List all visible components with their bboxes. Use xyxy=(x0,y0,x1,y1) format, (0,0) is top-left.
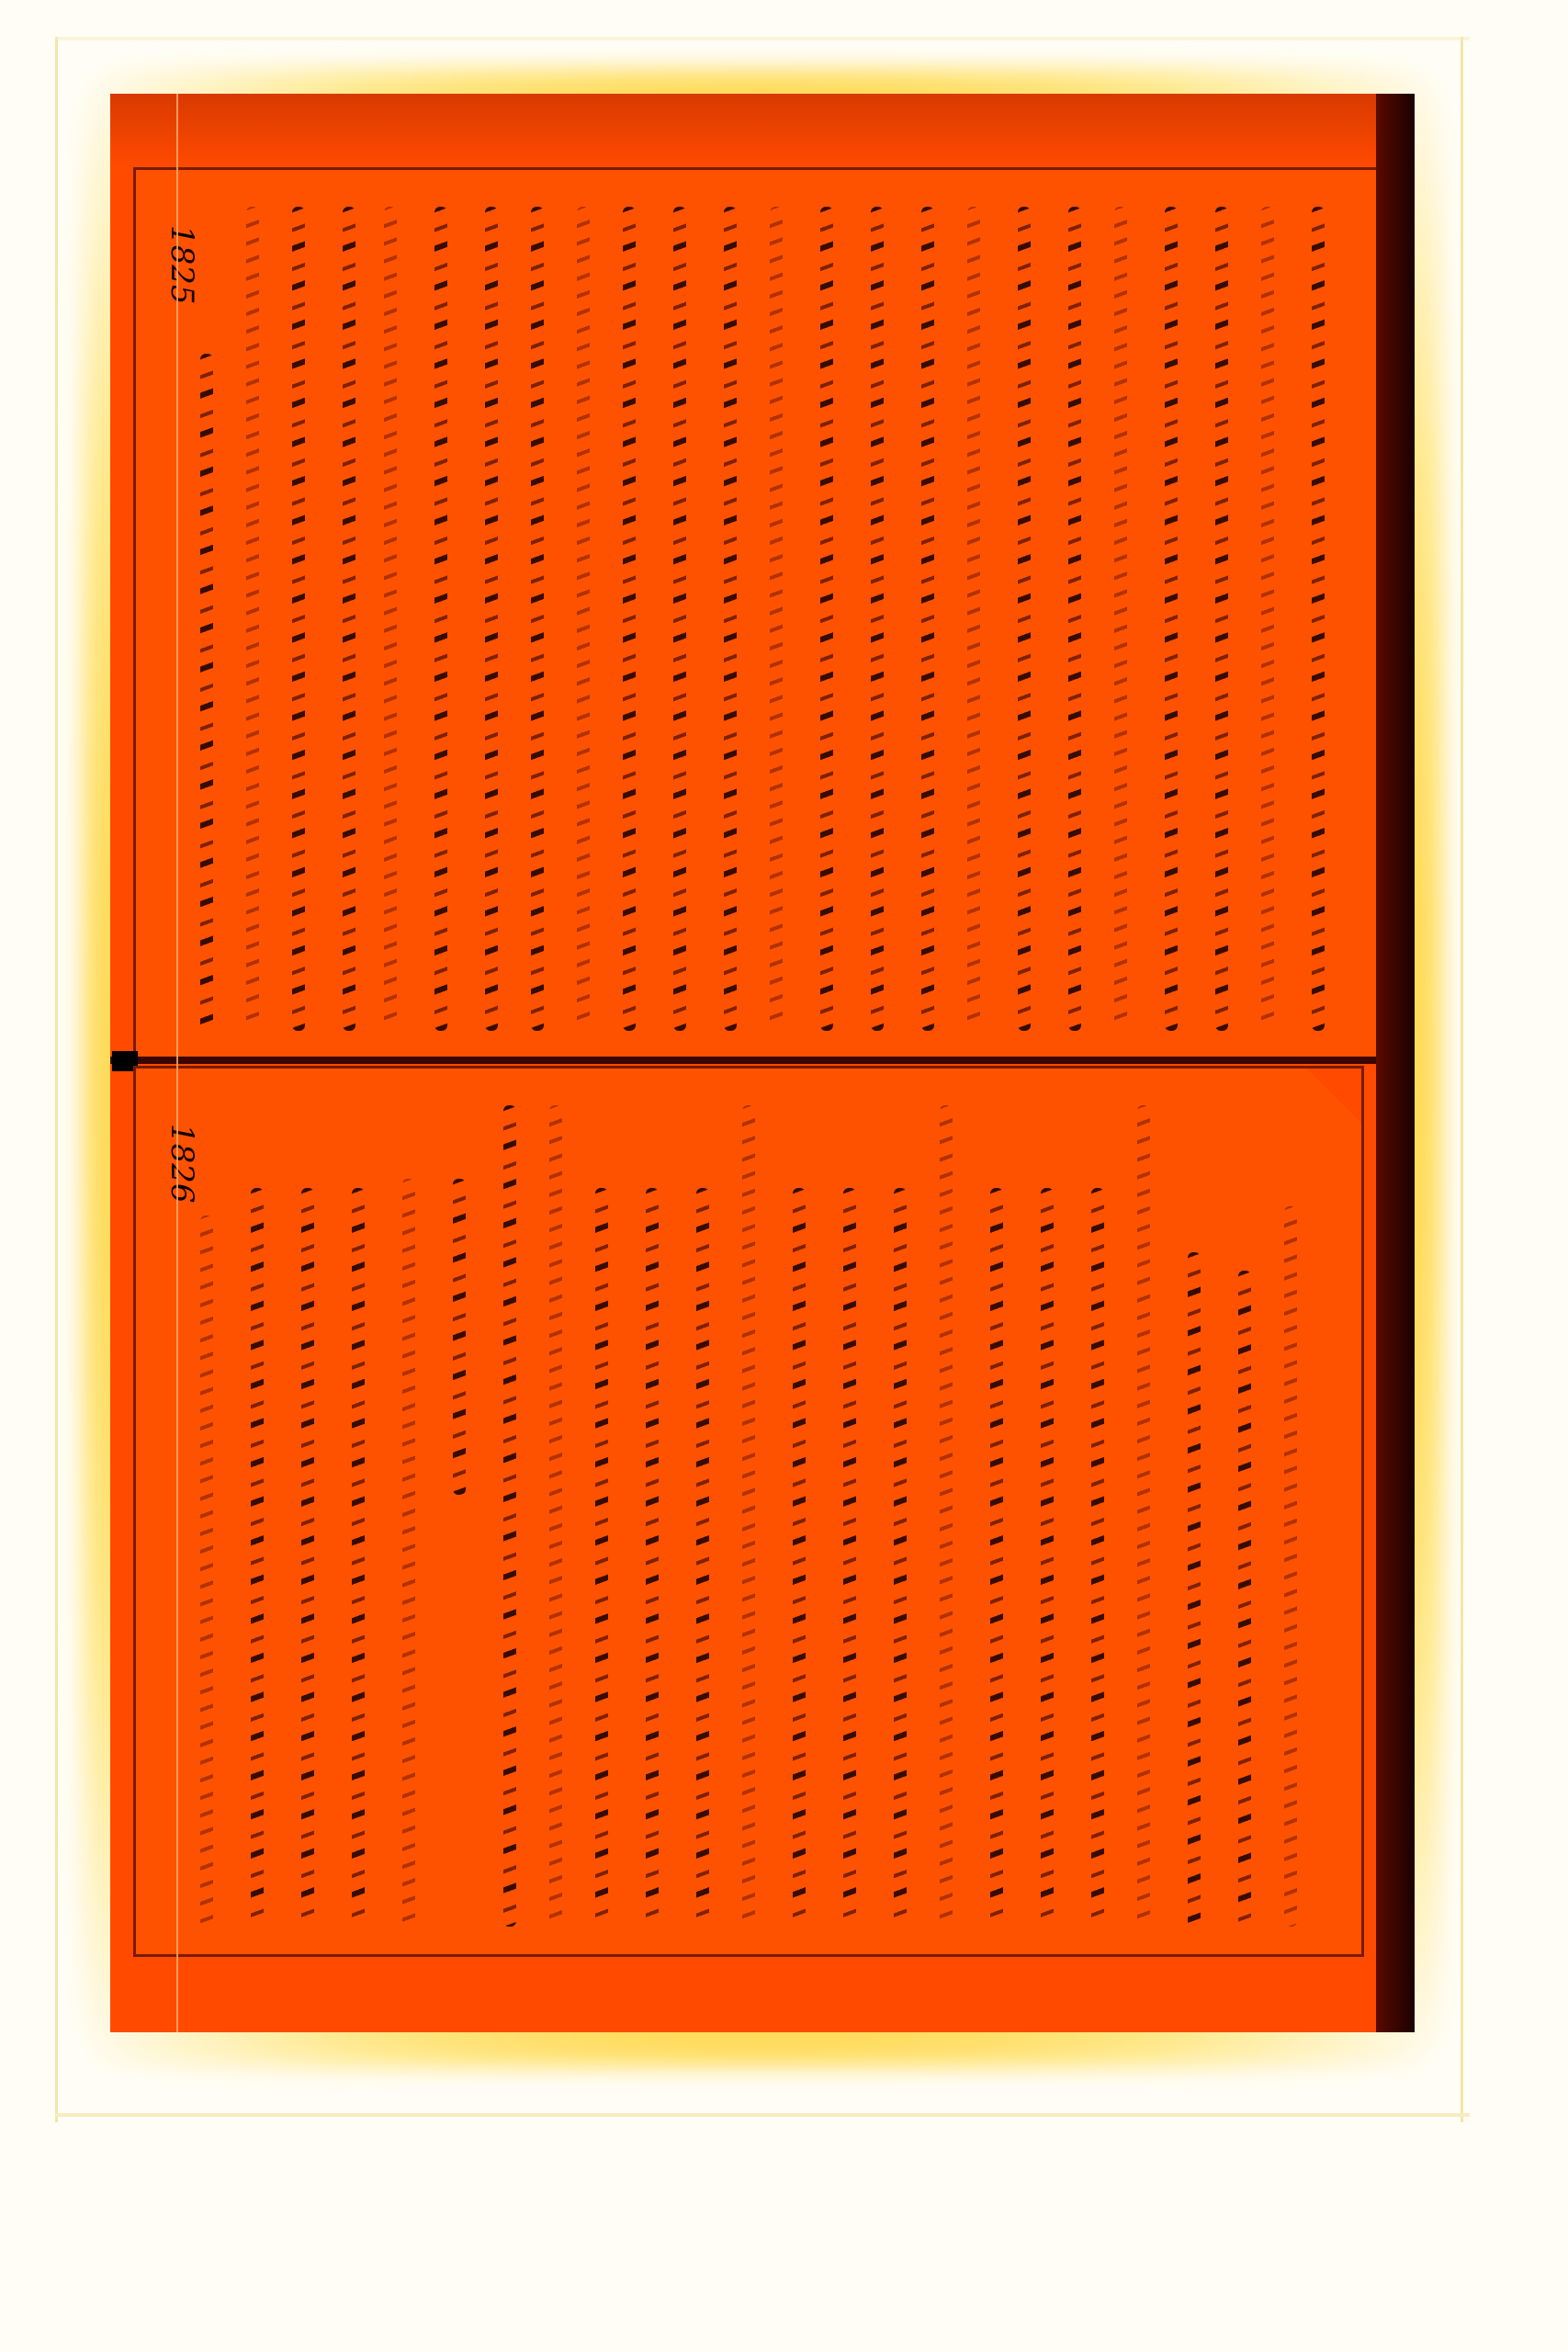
text-line xyxy=(742,1105,755,1927)
text-line xyxy=(1238,1271,1251,1927)
text-line xyxy=(921,207,934,1031)
text-line xyxy=(301,1188,314,1927)
manuscript-page-top: 1825 xyxy=(133,167,1382,1058)
text-line xyxy=(871,207,884,1031)
text-line xyxy=(894,1188,907,1927)
text-line xyxy=(434,207,447,1031)
text-line xyxy=(485,207,498,1031)
text-line xyxy=(453,1179,466,1495)
text-line xyxy=(1215,207,1228,1031)
page-corner xyxy=(1306,1069,1361,1124)
text-line xyxy=(843,1188,856,1927)
text-line xyxy=(503,1105,516,1927)
photo-top-shade xyxy=(110,94,1415,167)
frame-line-top xyxy=(55,37,1470,40)
text-line xyxy=(384,207,397,1031)
text-line xyxy=(577,207,590,1031)
text-line xyxy=(1068,207,1081,1031)
text-line xyxy=(402,1179,415,1927)
text-line xyxy=(1091,1188,1104,1927)
text-line xyxy=(1137,1105,1150,1927)
text-line xyxy=(1114,207,1127,1031)
text-line xyxy=(1041,1188,1054,1927)
text-line xyxy=(1018,207,1031,1031)
text-line xyxy=(967,207,980,1031)
text-line xyxy=(595,1188,608,1927)
year-annotation-bottom: 1826 xyxy=(164,1124,200,1204)
manuscript-page-bottom: 1826 xyxy=(133,1066,1364,1957)
frame-line-bottom xyxy=(55,2113,1470,2117)
text-line xyxy=(1188,1252,1201,1927)
text-line xyxy=(1261,207,1274,1031)
text-line xyxy=(1312,207,1325,1031)
text-line xyxy=(646,1188,659,1927)
text-line xyxy=(251,1188,264,1927)
text-line xyxy=(200,1216,213,1927)
year-annotation-top: 1825 xyxy=(164,225,200,305)
scan-artifact-line xyxy=(176,94,178,2032)
text-line xyxy=(292,207,305,1031)
text-line xyxy=(724,207,737,1031)
text-line xyxy=(820,207,833,1031)
text-line xyxy=(770,207,783,1031)
text-line xyxy=(696,1188,709,1927)
page-fold xyxy=(110,1057,1396,1064)
text-line xyxy=(246,207,259,1031)
text-line xyxy=(990,1188,1003,1927)
frame-line-right xyxy=(1461,37,1463,2122)
text-line xyxy=(531,207,544,1031)
text-line xyxy=(549,1105,562,1927)
text-line xyxy=(1284,1206,1297,1927)
text-line xyxy=(673,207,686,1031)
manuscript-photo: 1825 1826 xyxy=(110,94,1415,2032)
text-line xyxy=(940,1105,953,1927)
text-line xyxy=(1165,207,1178,1031)
text-line xyxy=(793,1188,806,1927)
text-line xyxy=(352,1188,365,1927)
text-line xyxy=(200,354,213,1031)
text-line xyxy=(343,207,355,1031)
photo-shadow-edge xyxy=(1376,94,1415,2032)
text-line xyxy=(623,207,636,1031)
frame-line-left xyxy=(55,37,58,2122)
